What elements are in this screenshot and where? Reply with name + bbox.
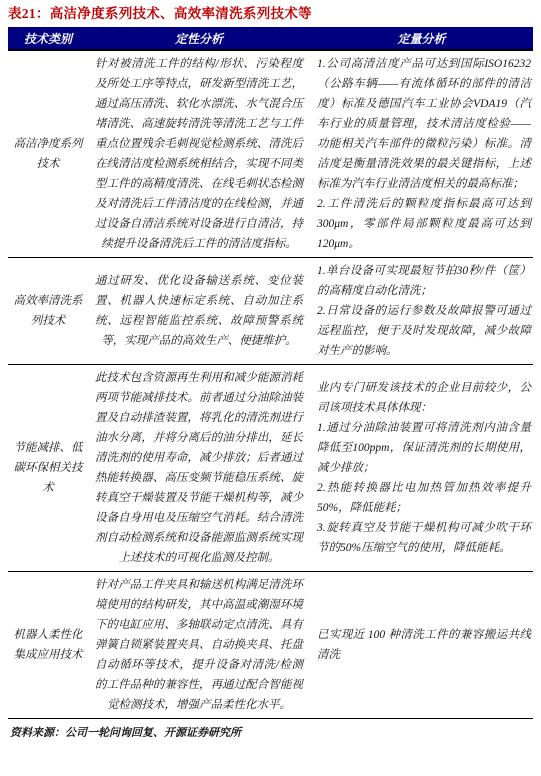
quantitative-cell: 已实现近 100 种清洗工件的兼容搬运共线清洗 xyxy=(310,572,533,719)
header-cell-quantitative: 定量分析 xyxy=(310,27,533,50)
quantitative-cell: 1.公司高清洁度产品可达到国际ISO16232（公路车辆——有流体循环的部件的清… xyxy=(310,50,533,258)
source-note: 资料来源：公司一轮问询回复、开源证券研究所 xyxy=(8,719,533,742)
qualitative-cell: 此技术包含资源再生利用和减少能源消耗两项节能减排技术。前者通过分油除油装置及自动… xyxy=(88,365,310,572)
category-cell: 节能减排、低碳环保相关技术 xyxy=(8,365,88,572)
category-cell: 高洁净度系列技术 xyxy=(8,50,88,258)
report-table-page: 表21：高洁净度系列技术、高效率清洗系列技术等 技术类别 定性分析 定量分析 高… xyxy=(0,0,541,742)
category-cell: 高效率清洗系列技术 xyxy=(8,258,88,365)
qualitative-cell: 针对产品工件夹具和输送机构满足清洗环境使用的结构研发，其中高温或潮湿环境下的电缸… xyxy=(88,572,310,719)
table-header-row: 技术类别 定性分析 定量分析 xyxy=(8,27,533,50)
qualitative-cell: 针对被清洗工件的结构/形状、污染程度及所处工序等特点，研发新型清洗工艺，通过高压… xyxy=(88,50,310,258)
category-cell: 机器人柔性化集成应用技术 xyxy=(8,572,88,719)
quantitative-cell: 业内专门研发该技术的企业目前较少，公司该项技术具体体现： 1.通过分油除油装置可… xyxy=(310,365,533,572)
table-row: 高效率清洗系列技术 通过研发、优化设备输送系统、变位装置、机器人快速标定系统、自… xyxy=(8,258,533,365)
table-row: 机器人柔性化集成应用技术 针对产品工件夹具和输送机构满足清洗环境使用的结构研发，… xyxy=(8,572,533,719)
table-row: 节能减排、低碳环保相关技术 此技术包含资源再生利用和减少能源消耗两项节能减排技术… xyxy=(8,365,533,572)
qualitative-cell: 通过研发、优化设备输送系统、变位装置、机器人快速标定系统、自动加注系统、远程智能… xyxy=(88,258,310,365)
tech-table: 技术类别 定性分析 定量分析 高洁净度系列技术 针对被清洗工件的结构/形状、污染… xyxy=(8,27,533,719)
table-row: 高洁净度系列技术 针对被清洗工件的结构/形状、污染程度及所处工序等特点，研发新型… xyxy=(8,50,533,258)
quantitative-cell: 1.单台设备可实现最短节拍30秒/件（筐）的高精度自动化清洗； 2.日常设备的运… xyxy=(310,258,533,365)
header-cell-category: 技术类别 xyxy=(8,27,88,50)
header-cell-qualitative: 定性分析 xyxy=(88,27,310,50)
page-title: 表21：高洁净度系列技术、高效率清洗系列技术等 xyxy=(8,4,533,24)
